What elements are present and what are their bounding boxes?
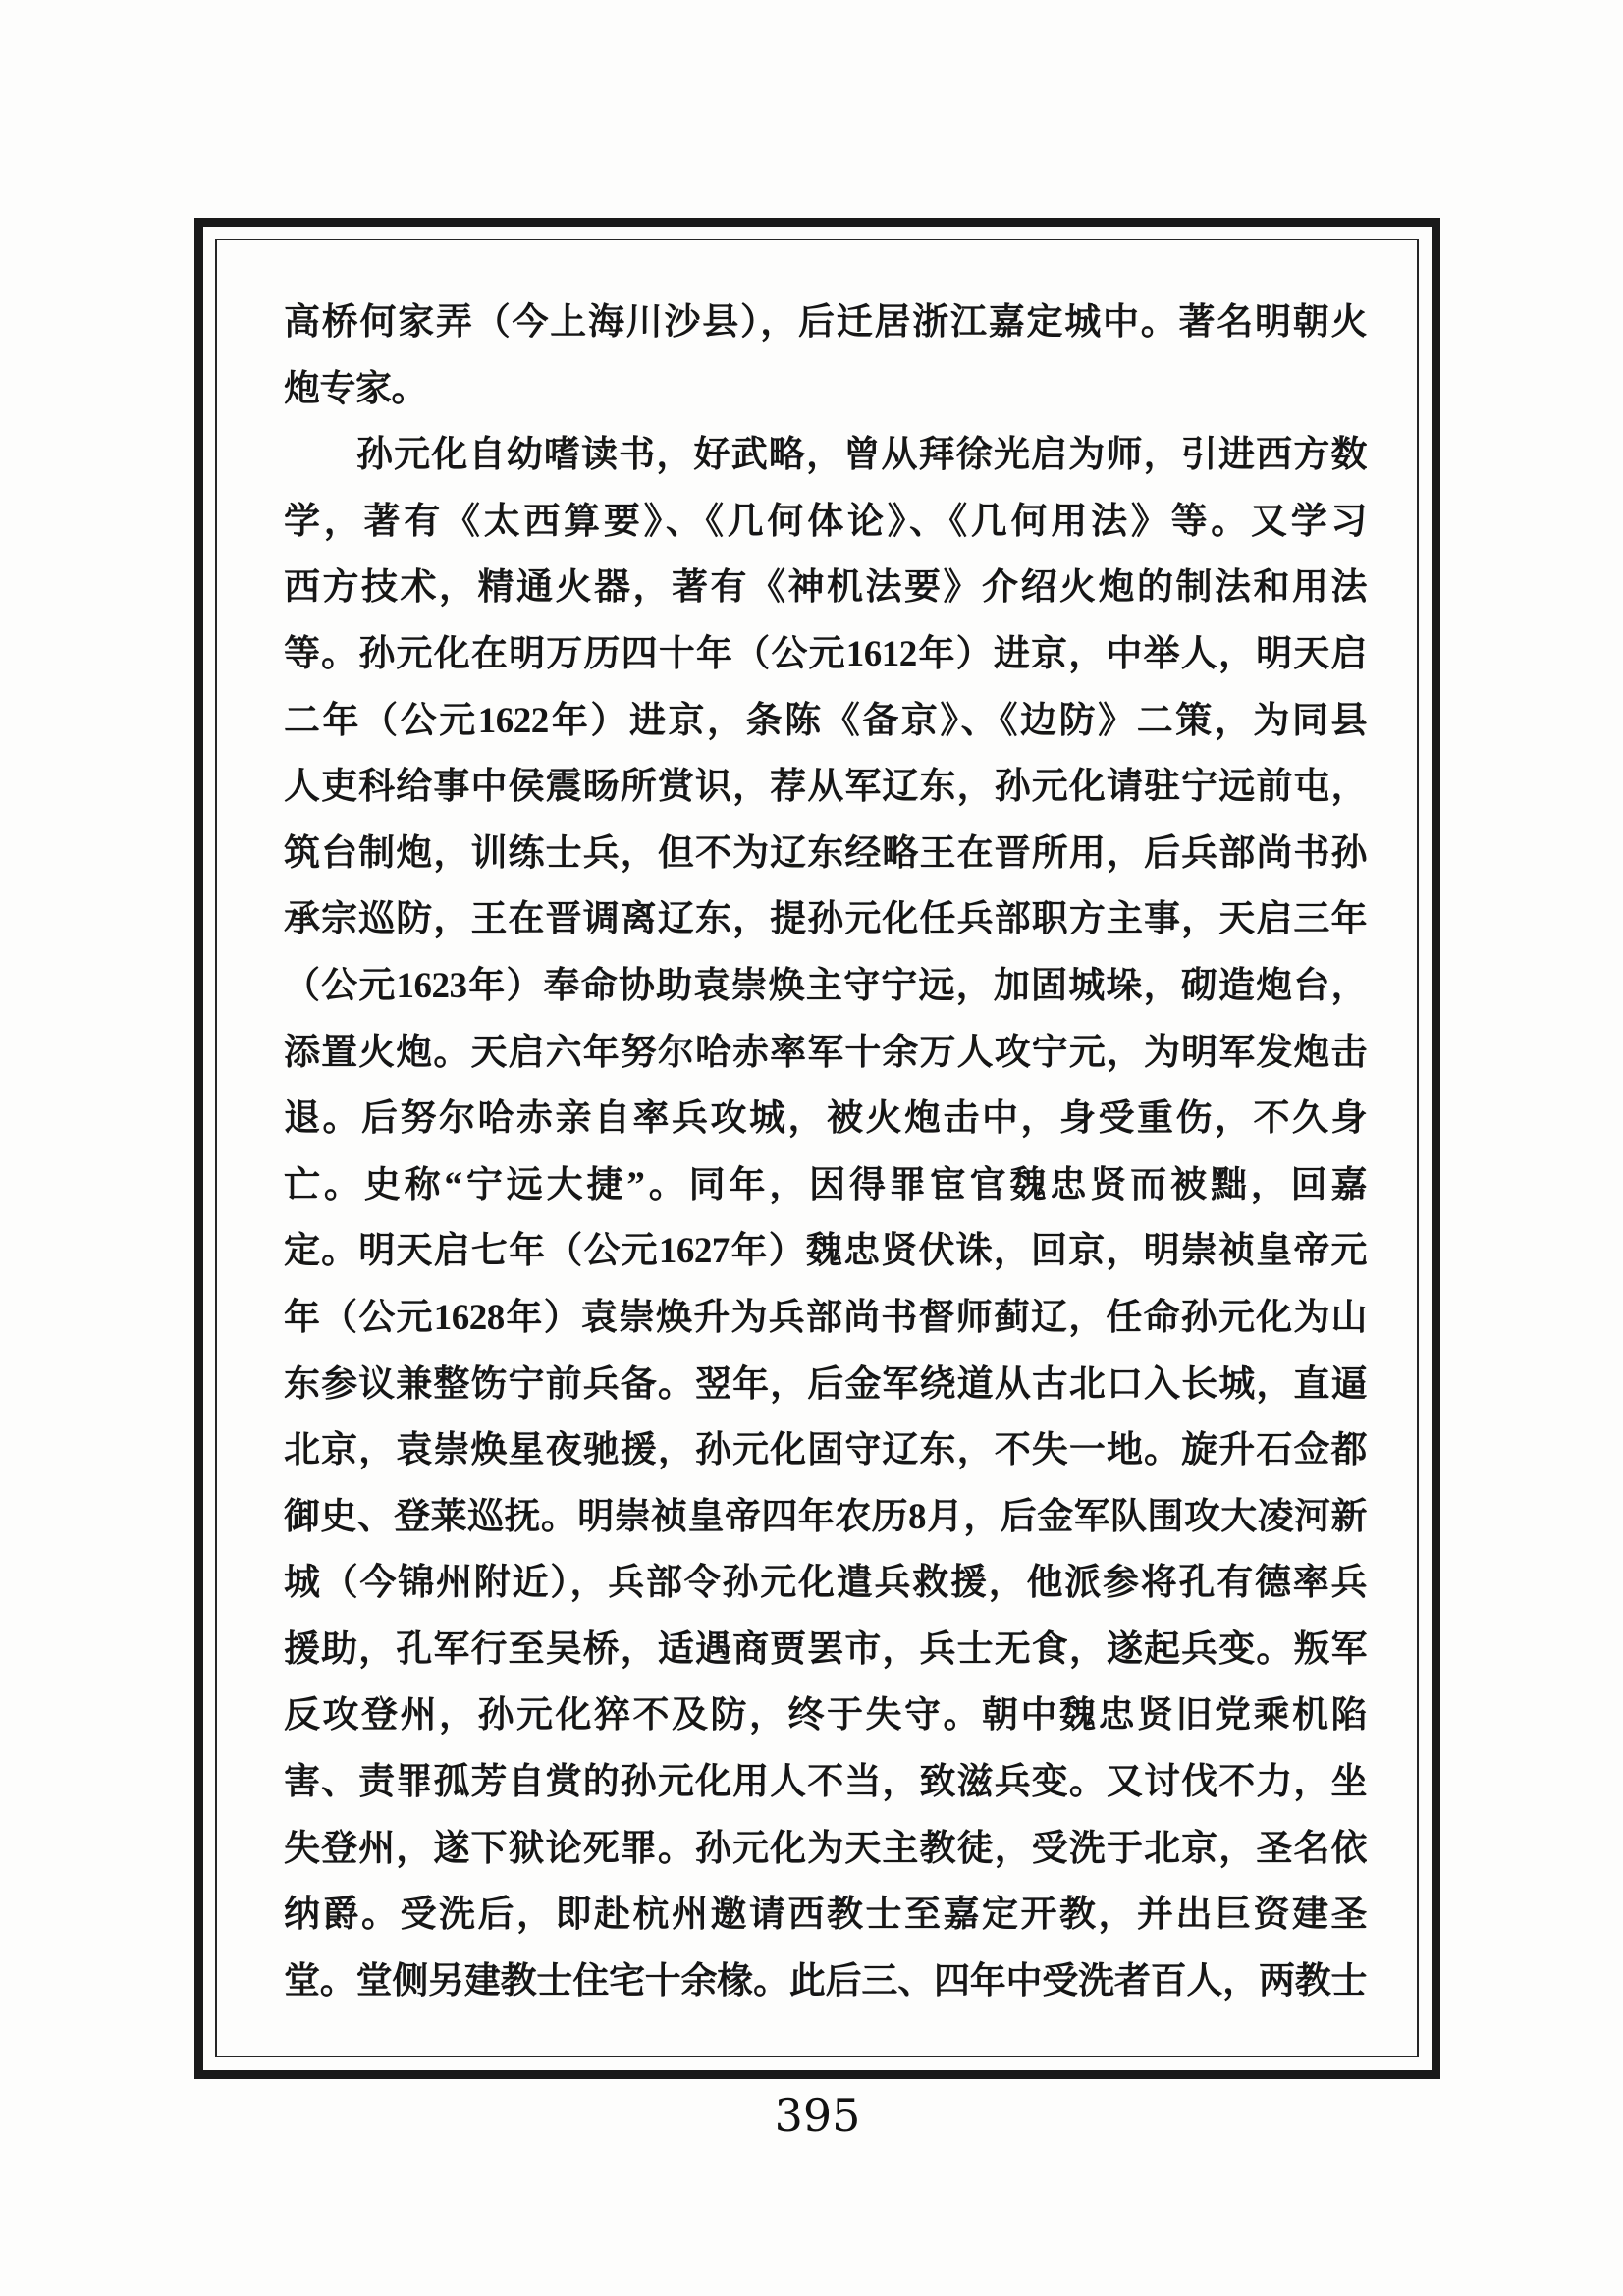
- text-line: 西方技术，精通火器，著有《神机法要》介绍火炮的制法和用法: [284, 555, 1367, 621]
- text-line: 学，著有《太西算要》、《几何体论》、《几何用法》等。又学习: [284, 489, 1367, 556]
- text-line: 炮专家。: [284, 356, 1367, 423]
- text-line: 添置火炮。天启六年努尔哈赤率军十余万人攻宁元，为明军发炮击: [284, 1020, 1367, 1087]
- text-line: 北京，袁崇焕星夜驰援，孙元化固守辽东，不失一地。旋升石佥都: [284, 1417, 1367, 1484]
- text-line: 援助，孔军行至吴桥，适遇商贾罢市，兵士无食，遂起兵变。叛军: [284, 1617, 1367, 1683]
- text-line: 高桥何家弄（今上海川沙县），后迁居浙江嘉定城中。著名明朝火: [284, 290, 1367, 356]
- text-line: 害、责罪孤芳自赏的孙元化用人不当，致滋兵变。又讨伐不力，坐: [284, 1749, 1367, 1816]
- text-line: 定。明天启七年（公元1627年）魏忠贤伏诛，回京，明崇祯皇帝元: [284, 1218, 1367, 1285]
- text-line: 亡。史称“宁远大捷”。同年，因得罪宦官魏忠贤而被黜，回嘉: [284, 1152, 1367, 1219]
- text-line: 承宗巡防，王在晋调离辽东，提孙元化任兵部职方主事，天启三年: [284, 886, 1367, 953]
- body-text: 高桥何家弄（今上海川沙县），后迁居浙江嘉定城中。著名明朝火炮专家。孙元化自幼嗜读…: [217, 240, 1417, 2056]
- text-line: 城（今锦州附近），兵部令孙元化遣兵救援，他派参将孔有德率兵: [284, 1550, 1367, 1617]
- text-line: 孙元化自幼嗜读书，好武略，曾从拜徐光启为师，引进西方数: [284, 422, 1367, 489]
- page-number: 395: [194, 2089, 1440, 2142]
- page-border-outer: 高桥何家弄（今上海川沙县），后迁居浙江嘉定城中。著名明朝火炮专家。孙元化自幼嗜读…: [194, 218, 1440, 2079]
- text-line: 筑台制炮，训练士兵，但不为辽东经略王在晋所用，后兵部尚书孙: [284, 821, 1367, 887]
- text-line: 反攻登州，孙元化猝不及防，终于失守。朝中魏忠贤旧党乘机陷: [284, 1682, 1367, 1749]
- text-line: 堂。堂侧另建教士住宅十余椽。此后三、四年中受洗者百人，两教士: [284, 1949, 1367, 2015]
- text-line: 纳爵。受洗后，即赴杭州邀请西教士至嘉定开教，并出巨资建圣: [284, 1882, 1367, 1949]
- text-line: 人吏科给事中侯震旸所赏识，荐从军辽东，孙元化请驻宁远前屯，: [284, 754, 1367, 821]
- text-line: 退。后努尔哈赤亲自率兵攻城，被火炮击中，身受重伤，不久身: [284, 1086, 1367, 1152]
- text-line: 二年（公元1622年）进京，条陈《备京》、《边防》二策，为同县: [284, 688, 1367, 755]
- text-line: 年（公元1628年）袁崇焕升为兵部尚书督师蓟辽，任命孙元化为山: [284, 1285, 1367, 1352]
- text-line: （公元1623年）奉命协助袁崇焕主守宁远，加固城垛，砌造炮台，: [284, 953, 1367, 1020]
- text-line: 东参议兼整饬宁前兵备。翌年，后金军绕道从古北口入长城，直逼: [284, 1352, 1367, 1418]
- book-page: 高桥何家弄（今上海川沙县），后迁居浙江嘉定城中。著名明朝火炮专家。孙元化自幼嗜读…: [0, 0, 1623, 2296]
- text-line: 等。孙元化在明万历四十年（公元1612年）进京，中举人，明天启: [284, 621, 1367, 688]
- text-line: 失登州，遂下狱论死罪。孙元化为天主教徒，受洗于北京，圣名依: [284, 1816, 1367, 1883]
- text-line: 御史、登莱巡抚。明崇祯皇帝四年农历8月，后金军队围攻大凌河新: [284, 1484, 1367, 1551]
- page-border-inner: 高桥何家弄（今上海川沙县），后迁居浙江嘉定城中。著名明朝火炮专家。孙元化自幼嗜读…: [215, 239, 1419, 2057]
